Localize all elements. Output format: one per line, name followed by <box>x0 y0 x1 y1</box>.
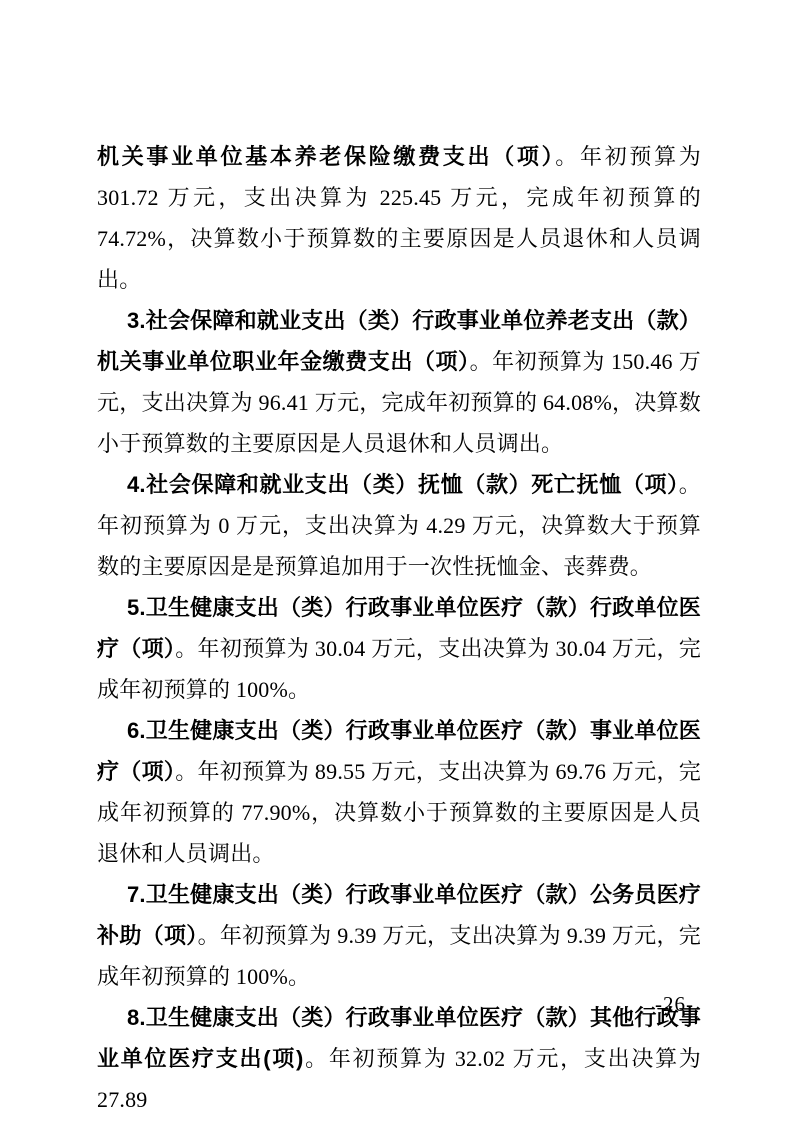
paragraph-body: 。年初预算为 30.04 万元，支出决算为 30.04 万元，完成年初预算的 1… <box>97 636 701 702</box>
paragraph-heading: 4.社会保障和就业支出（类）抚恤（款）死亡抚恤（项） <box>127 472 679 497</box>
paragraph: 8.卫生健康支出（类）行政事业单位医疗（款）其他行政事业单位医疗支出(项)。年初… <box>97 997 701 1120</box>
document-page: 机关事业单位基本养老保险缴费支出（项）。年初预算为 301.72 万元，支出决算… <box>0 0 793 1122</box>
paragraphs-container: 机关事业单位基本养老保险缴费支出（项）。年初预算为 301.72 万元，支出决算… <box>97 136 701 1120</box>
paragraph: 机关事业单位基本养老保险缴费支出（项）。年初预算为 301.72 万元，支出决算… <box>97 136 701 300</box>
paragraph-heading: 机关事业单位基本养老保险缴费支出（项） <box>97 144 555 169</box>
paragraph: 7.卫生健康支出（类）行政事业单位医疗（款）公务员医疗补助（项）。年初预算为 9… <box>97 874 701 997</box>
paragraph-body: 。年初预算为 89.55 万元，支出决算为 69.76 万元，完成年初预算的 7… <box>97 759 701 866</box>
paragraph: 4.社会保障和就业支出（类）抚恤（款）死亡抚恤（项）。年初预算为 0 万元，支出… <box>97 464 701 587</box>
paragraph: 6.卫生健康支出（类）行政事业单位医疗（款）事业单位医疗（项）。年初预算为 89… <box>97 710 701 874</box>
paragraph: 5.卫生健康支出（类）行政事业单位医疗（款）行政单位医疗（项）。年初预算为 30… <box>97 587 701 710</box>
document-body: 机关事业单位基本养老保险缴费支出（项）。年初预算为 301.72 万元，支出决算… <box>97 136 701 1120</box>
page-number: -26- <box>655 993 694 1015</box>
paragraph: 3.社会保障和就业支出（类）行政事业单位养老支出（款）机关事业单位职业年金缴费支… <box>97 300 701 464</box>
